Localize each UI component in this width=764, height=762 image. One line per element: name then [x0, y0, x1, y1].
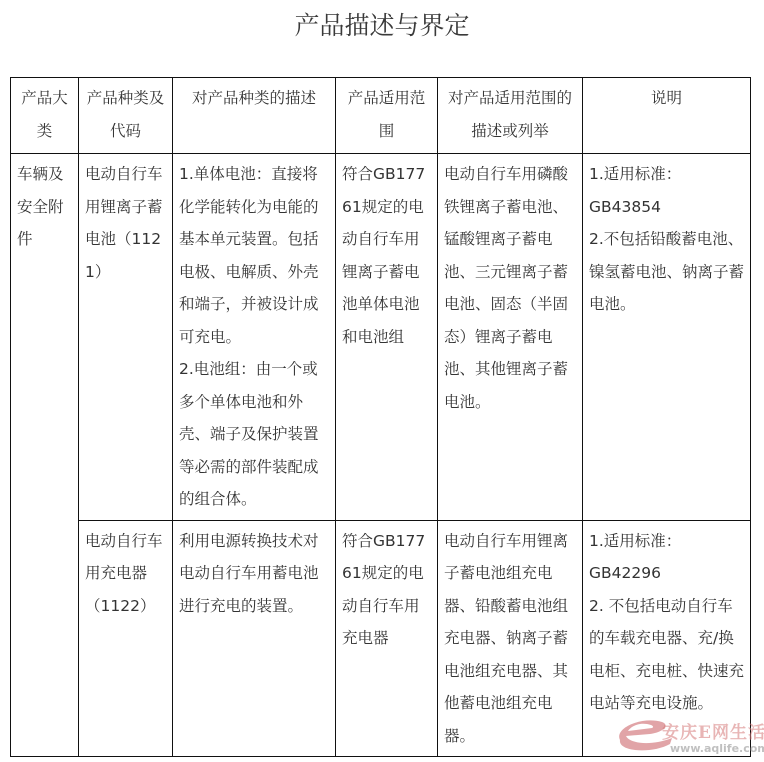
scope-cell: 符合GB17761规定的电动自行车用充电器: [336, 520, 438, 757]
description-cell: 1.单体电池：直接将化学能转化为电能的基本单元装置。包括电极、电解质、外壳和端子…: [173, 154, 336, 521]
product-definition-table: 产品大类 产品种类及代码 对产品种类的描述 产品适用范围 对产品适用范围的描述或…: [10, 77, 751, 757]
description-cell: 利用电源转换技术对电动自行车用蓄电池进行充电的装置。: [173, 520, 336, 757]
category-cell: 车辆及安全附件: [11, 154, 79, 757]
header-type-description: 对产品种类的描述: [173, 78, 336, 154]
table-header-row: 产品大类 产品种类及代码 对产品种类的描述 产品适用范围 对产品适用范围的描述或…: [11, 78, 751, 154]
header-product-category: 产品大类: [11, 78, 79, 154]
page-title: 产品描述与界定: [0, 6, 764, 46]
notes-cell: 1.适用标准： GB42296 2. 不包括电动自行车的车载充电器、充/换电柜、…: [583, 520, 751, 757]
table-row: 电动自行车用充电器（1122） 利用电源转换技术对电动自行车用蓄电池进行充电的装…: [11, 520, 751, 757]
product-type-cell: 电动自行车用锂离子蓄电池（1121）: [79, 154, 173, 521]
header-notes: 说明: [583, 78, 751, 154]
header-product-type-code: 产品种类及代码: [79, 78, 173, 154]
scope-detail-cell: 电动自行车用锂离子蓄电池组充电器、铅酸蓄电池组充电器、钠离子蓄电池组充电器、其他…: [438, 520, 583, 757]
scope-cell: 符合GB17761规定的电动自行车用锂离子蓄电池单体电池和电池组: [336, 154, 438, 521]
notes-cell: 1.适用标准： GB43854 2.不包括铅酸蓄电池、镍氢蓄电池、钠离子蓄电池。: [583, 154, 751, 521]
scope-detail-cell: 电动自行车用磷酸铁锂离子蓄电池、锰酸锂离子蓄电池、三元锂离子蓄电池、固态（半固态…: [438, 154, 583, 521]
product-type-cell: 电动自行车用充电器（1122）: [79, 520, 173, 757]
header-scope-description: 对产品适用范围的描述或列举: [438, 78, 583, 154]
table-row: 车辆及安全附件 电动自行车用锂离子蓄电池（1121） 1.单体电池：直接将化学能…: [11, 154, 751, 521]
header-applicable-scope: 产品适用范围: [336, 78, 438, 154]
